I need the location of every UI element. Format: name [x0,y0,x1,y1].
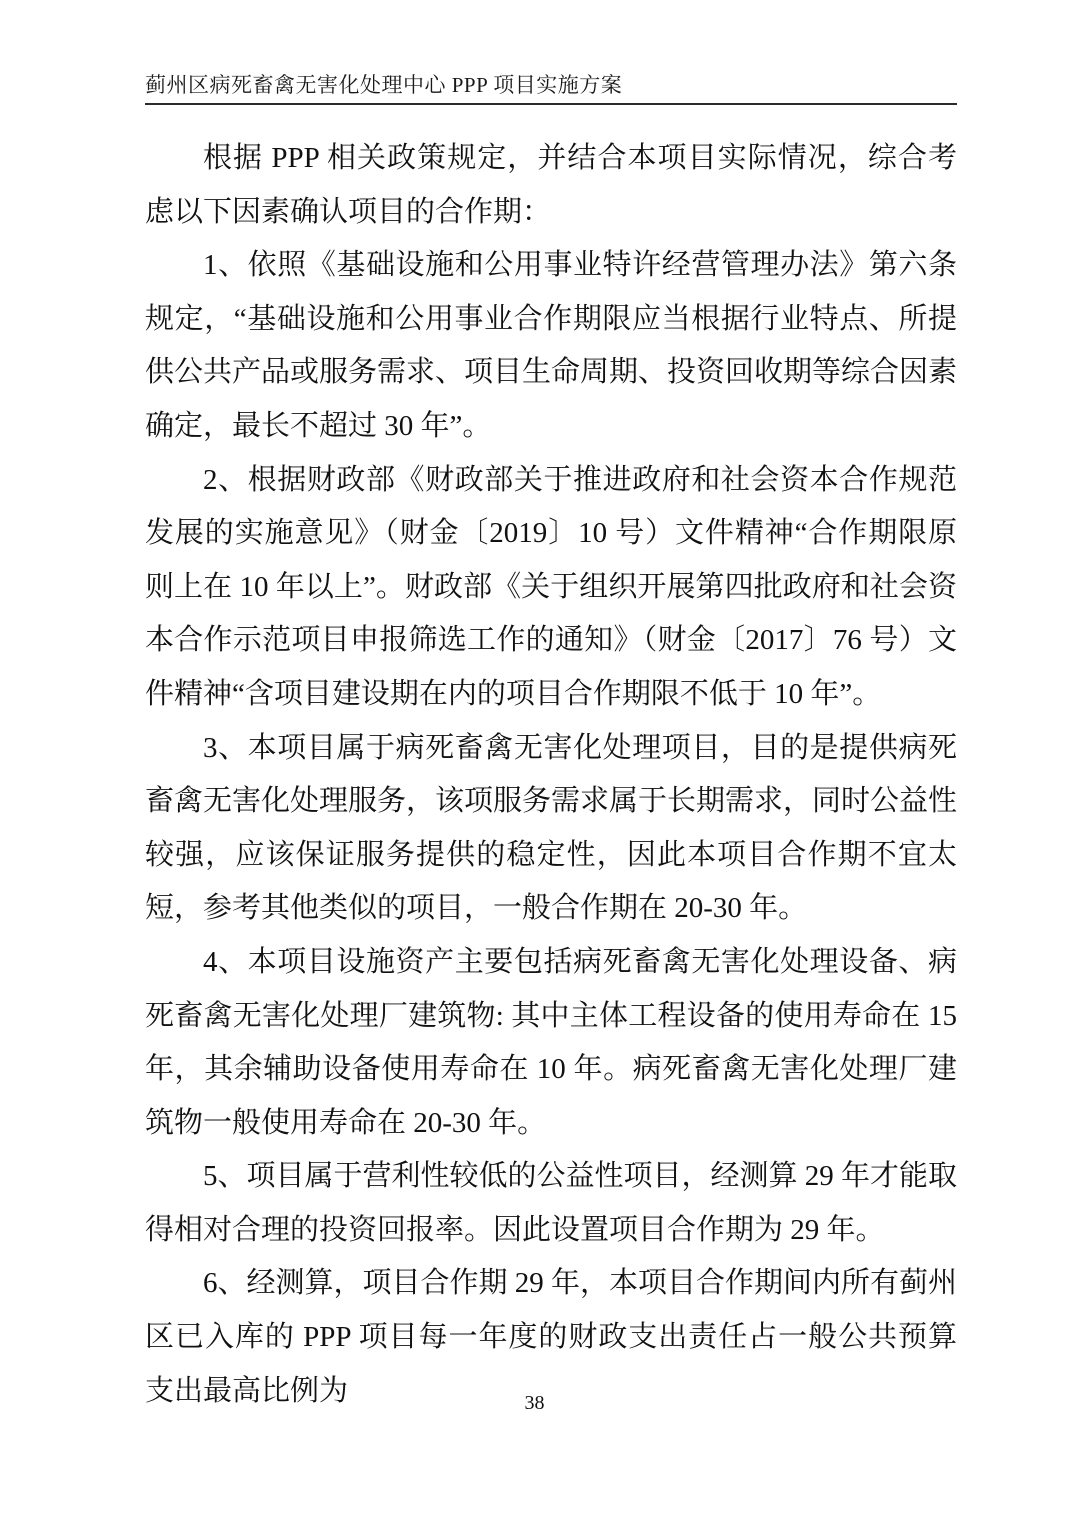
body-paragraph: 3、本项目属于病死畜禽无害化处理项目，目的是提供病死畜禽无害化处理服务，该项服务… [145,722,957,936]
body-paragraph: 2、根据财政部《财政部关于推进政府和社会资本合作规范发展的实施意见》（财金〔20… [145,454,957,722]
page-number: 38 [0,1392,1069,1415]
body-paragraph: 根据 PPP 相关政策规定，并结合本项目实际情况，综合考虑以下因素确认项目的合作… [145,132,957,239]
body-paragraph: 5、项目属于营利性较低的公益性项目，经测算 29 年才能取得相对合理的投资回报率… [145,1150,957,1257]
body-paragraph: 4、本项目设施资产主要包括病死畜禽无害化处理设备、病死畜禽无害化处理厂建筑物: … [145,936,957,1150]
document-page: 蓟州区病死畜禽无害化处理中心 PPP 项目实施方案 根据 PPP 相关政策规定，… [0,0,1069,1514]
document-header-title: 蓟州区病死畜禽无害化处理中心 PPP 项目实施方案 [145,72,957,105]
document-body: 根据 PPP 相关政策规定，并结合本项目实际情况，综合考虑以下因素确认项目的合作… [145,132,957,1418]
body-paragraph: 1、依照《基础设施和公用事业特许经营管理办法》第六条规定，“基础设施和公用事业合… [145,239,957,453]
